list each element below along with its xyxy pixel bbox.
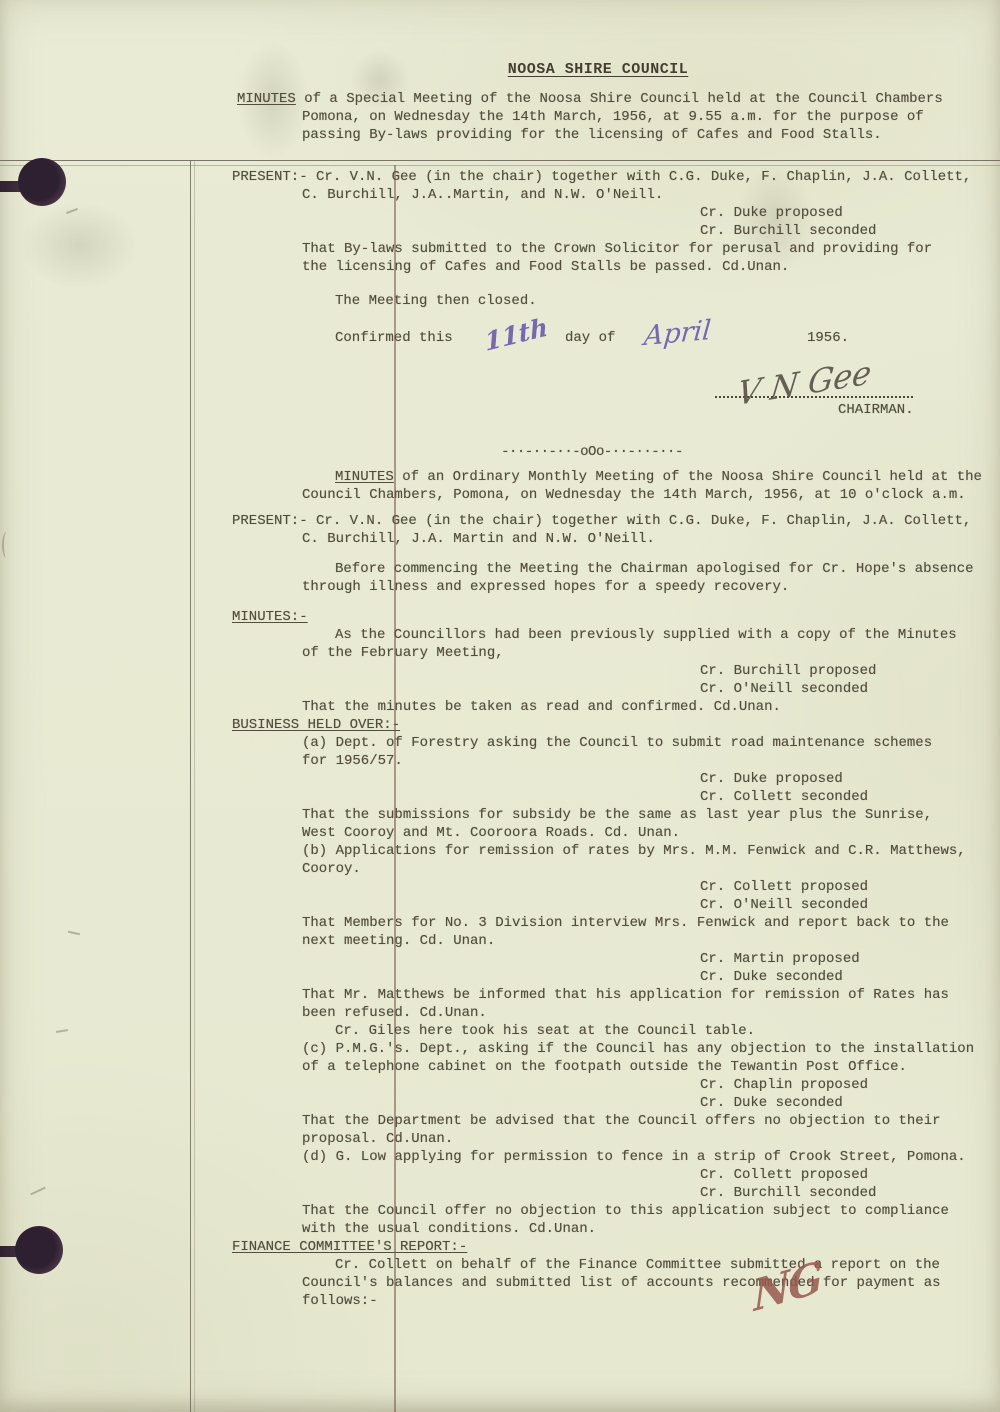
text-line: Cr. Collett proposed (232, 1166, 992, 1184)
text-line: That the Council offer no objection to t… (232, 1202, 992, 1220)
text-line: Cr. Giles here took his seat at the Coun… (232, 1022, 992, 1040)
text-line: with the usual conditions. Cd.Unan. (232, 1220, 992, 1238)
fold-line (394, 165, 396, 1412)
page-title: NOOSA SHIRE COUNCIL (232, 60, 992, 80)
text-line: proposal. Cd.Unan. (232, 1130, 992, 1148)
section-heading: MINUTES:- (232, 608, 992, 626)
confirmed-year: 1956. (807, 330, 849, 346)
text-line: Council's balances and submitted list of… (232, 1274, 992, 1292)
text-line: Before commencing the Meeting the Chairm… (232, 560, 992, 578)
text-line: Cr. Collett on behalf of the Finance Com… (232, 1256, 992, 1274)
text-line: Pomona, on Wednesday the 14th March, 195… (232, 108, 992, 126)
text-line: been refused. Cd.Unan. (232, 1004, 992, 1022)
text-line: Cr. Duke seconded (232, 968, 992, 986)
section-heading: BUSINESS HELD OVER:- (232, 716, 992, 734)
text-line: (b) Applications for remission of rates … (232, 842, 992, 860)
text-line: next meeting. Cd. Unan. (232, 932, 992, 950)
text-line: Cr. Duke proposed (232, 770, 992, 788)
text-line: Cr. Burchill proposed (232, 662, 992, 680)
chairman-label: CHAIRMAN. (838, 402, 914, 418)
text-line: C. Burchill, J.A. Martin and N.W. O'Neil… (232, 530, 992, 548)
text-line: Cr. Chaplin proposed (232, 1076, 992, 1094)
handwritten-day: 11th (483, 312, 549, 357)
punch-hole (18, 158, 66, 206)
text-line: That the Department be advised that the … (232, 1112, 992, 1130)
pencil-mark (56, 1029, 68, 1033)
text-line: MINUTES of an Ordinary Monthly Meeting o… (232, 468, 992, 486)
text-line: the licensing of Cafes and Food Stalls b… (232, 258, 992, 276)
text-line: Cr. Duke proposed (232, 204, 992, 222)
text-line: Cr. O'Neill seconded (232, 680, 992, 698)
smudge-stain (20, 200, 140, 290)
text-line: That the submissions for subsidy be the … (232, 806, 992, 824)
text-line: (a) Dept. of Forestry asking the Council… (232, 734, 992, 752)
text-line: (c) P.M.G.'s. Dept., asking if the Counc… (232, 1040, 992, 1058)
top-rule-line (0, 160, 1000, 166)
confirmed-middle: day of (565, 330, 615, 346)
text-line: Cr. Duke seconded (232, 1094, 992, 1112)
text-line: Cr. Burchill seconded (232, 1184, 992, 1202)
text-line: Cr. Collett proposed (232, 878, 992, 896)
text-line: of a telephone cabinet on the footpath o… (232, 1058, 992, 1076)
text-line: Cr. Collett seconded (232, 788, 992, 806)
text-line: PRESENT:- Cr. V.N. Gee (in the chair) to… (232, 512, 992, 530)
pencil-mark (68, 931, 80, 935)
punch-hole (15, 1226, 63, 1274)
text-line: C. Burchill, J.A..Martin, and N.W. O'Nei… (232, 186, 992, 204)
text-line: That Mr. Matthews be informed that his a… (232, 986, 992, 1004)
margin-rule-line (190, 161, 195, 1412)
text-line: Cr. Martin proposed (232, 950, 992, 968)
minutes-special-meeting-section: MINUTES of a Special Meeting of the Noos… (232, 90, 992, 310)
text-line: The Meeting then closed. (232, 292, 992, 310)
text-line: That the minutes be taken as read and co… (232, 698, 992, 716)
text-line: That By-laws submitted to the Crown Soli… (232, 240, 992, 258)
pencil-mark (2, 532, 11, 558)
pencil-mark (30, 1187, 45, 1196)
text-line: passing By-laws providing for the licens… (232, 126, 992, 144)
text-line: through illness and expressed hopes for … (232, 578, 992, 596)
text-line: (d) G. Low applying for permission to fe… (232, 1148, 992, 1166)
text-line: West Cooroy and Mt. Cooroora Roads. Cd. … (232, 824, 992, 842)
handwritten-month: April (643, 315, 712, 352)
signature-block: V N Gee CHAIRMAN. (232, 382, 992, 426)
document-body: NOOSA SHIRE COUNCIL MINUTES of a Special… (232, 60, 992, 1310)
text-line: Cr. O'Neill seconded (232, 896, 992, 914)
pencil-mark (66, 208, 78, 214)
text-line: follows:- (232, 1292, 992, 1310)
text-line: MINUTES of a Special Meeting of the Noos… (232, 90, 992, 108)
section-divider: -··-··-··-oOo-··-··-··- (232, 444, 992, 460)
text-line: Cooroy. (232, 860, 992, 878)
section-heading: FINANCE COMMITTEE'S REPORT:- (232, 1238, 992, 1256)
text-line: Council Chambers, Pomona, on Wednesday t… (232, 486, 992, 504)
text-line: Cr. Burchill seconded (232, 222, 992, 240)
confirmation-line: Confirmed this 11th day of April 1956. (232, 330, 992, 358)
text-line: for 1956/57. (232, 752, 992, 770)
text-line: PRESENT:- Cr. V.N. Gee (in the chair) to… (232, 168, 992, 186)
minutes-ordinary-meeting-section: MINUTES of an Ordinary Monthly Meeting o… (232, 468, 992, 1310)
text-line: As the Councillors had been previously s… (232, 626, 992, 644)
text-line: of the February Meeting, (232, 644, 992, 662)
text-line: That Members for No. 3 Division intervie… (232, 914, 992, 932)
document-page: NOOSA SHIRE COUNCIL MINUTES of a Special… (0, 0, 1000, 1412)
